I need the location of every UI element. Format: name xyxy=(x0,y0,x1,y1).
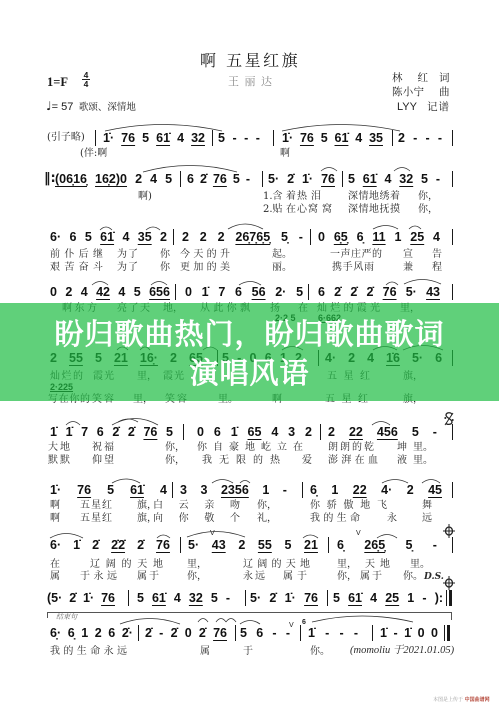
watermark: 本图是上传于 中国曲谱网 xyxy=(433,697,490,703)
slur xyxy=(373,226,398,230)
slur xyxy=(120,619,180,625)
headline-line-2: 演唱风语 xyxy=(0,354,499,393)
slur xyxy=(146,227,160,230)
slur xyxy=(240,621,260,625)
slur xyxy=(240,481,250,484)
slur xyxy=(100,227,112,230)
page: 啊 五星红旗 王丽达 1=F 4 4 ♩= 57 歌颂、深情地 林红 词 陈小宁… xyxy=(0,0,499,706)
fermata xyxy=(226,619,236,623)
slur xyxy=(187,532,245,538)
slur xyxy=(303,535,318,538)
slur xyxy=(409,226,421,229)
watermark-site: 中国曲谱网 xyxy=(465,697,490,703)
watermark-prefix: 本图是上传于 xyxy=(433,697,463,703)
slur xyxy=(377,535,397,539)
slur xyxy=(105,125,222,132)
slur xyxy=(372,422,390,426)
slur xyxy=(92,282,108,286)
slur xyxy=(282,125,400,132)
slur xyxy=(157,535,170,538)
slur xyxy=(151,282,167,286)
fermata xyxy=(216,619,226,623)
slur xyxy=(112,479,140,483)
headline-banner: 盼归歌曲热门，盼归歌曲歌词 演唱风语 xyxy=(0,303,499,401)
slur xyxy=(50,534,83,539)
slur xyxy=(321,168,337,172)
fermata xyxy=(198,619,208,623)
slur xyxy=(66,422,80,426)
slur xyxy=(386,282,398,285)
slur xyxy=(422,480,440,484)
slur xyxy=(228,224,263,229)
slur xyxy=(212,480,233,484)
slur xyxy=(312,616,413,622)
slur xyxy=(239,282,261,286)
slur xyxy=(143,166,237,173)
slur xyxy=(404,280,441,285)
slur xyxy=(382,480,408,484)
headline-line-1: 盼归歌曲热门，盼归歌曲歌词 xyxy=(0,315,499,354)
slur xyxy=(394,168,410,172)
